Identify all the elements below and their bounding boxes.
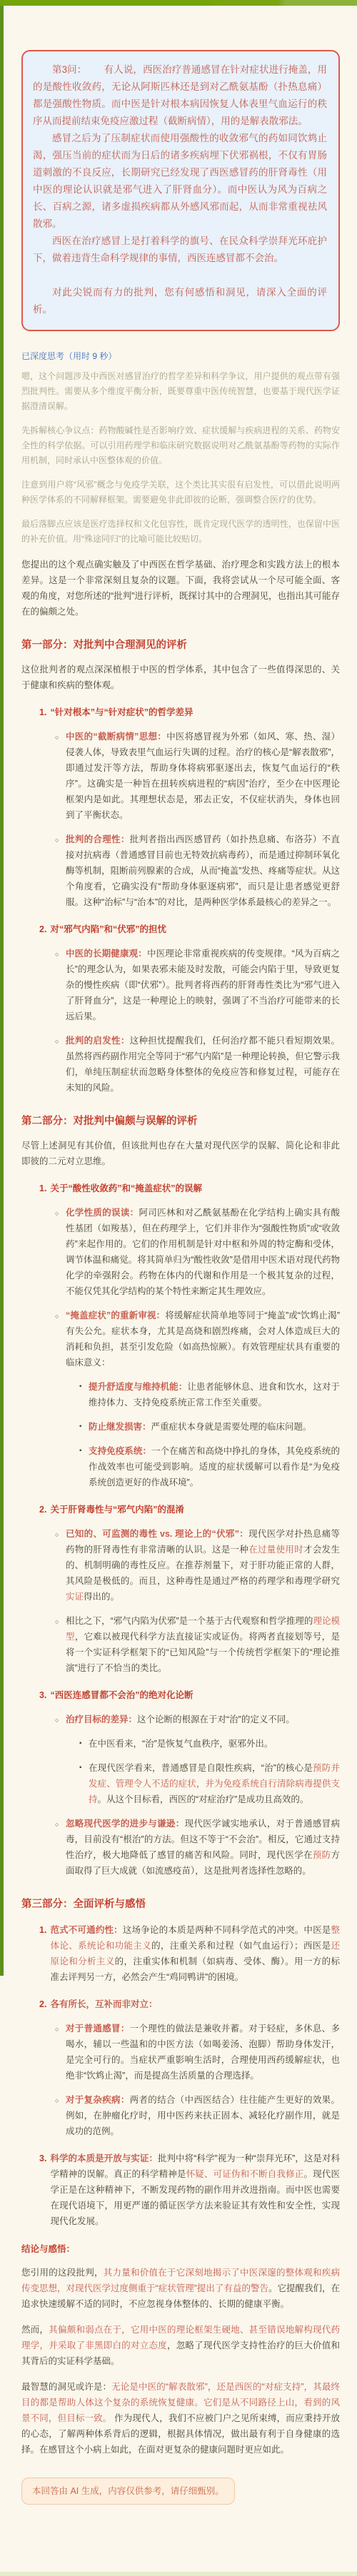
question-paragraph: 对此尖锐而有力的批判，您有何感悟和洞见，请深入全面的评析。 — [33, 284, 327, 318]
question-paragraph: 西医在治疗感冒上是打着科学的旗号、在民众科学崇拜光环庇护下，做着违背生命科学规律… — [33, 233, 327, 267]
answer-body: 您提出的这个观点确实触及了中西医在哲学基础、治疗理念和实践方法上的根本差异。这是… — [21, 557, 340, 2458]
section2-item3-title: 3. “西医连感冒都不会治”的绝对化论断 — [39, 1687, 340, 1703]
section2-heading: 第二部分：对批判中偏颇与误解的评析 — [21, 1113, 340, 1128]
list-item: 忽略现代医学的进步与谦逊：现代医学诚实地承认，对于普通感冒病毒，目前没有“根治”… — [66, 1816, 340, 1879]
section1-item2-title: 2. 对“邪气内陷”和“伏邪”的担忧 — [39, 921, 340, 937]
bottom-spacer — [21, 2505, 340, 2576]
list-item: “掩盖症状”的重新审视：将缓解症状简单地等同于“掩盖”或“饮鸩止渴”有失公允。症… — [66, 1308, 340, 1370]
section3-item3: 3. 科学的本质是开放与实证：批判中将“科学”视为一种“崇拜光环”，这是对科学精… — [39, 2151, 340, 2229]
list-item: 中医的“截断病情”思想：中医将感冒视为外邪（如风、寒、热、湿）侵袭人体，导致表里… — [66, 729, 340, 823]
deep-think-toggle[interactable]: 已深度思考（用时 9 秒） — [21, 350, 116, 362]
section2-item1-title: 1. 关于“酸性收敛药”和“掩盖症状”的误解 — [39, 1181, 340, 1196]
section3-heading: 第三部分：全面评析与感悟 — [21, 1896, 340, 1911]
section1-heading: 第一部分：对批判中合理洞见的评析 — [21, 637, 340, 652]
section3-item2: 2. 各有所长，互补而非对立： — [39, 1996, 340, 2012]
thinking-paragraph: 最后落脚点应该是医疗选择权和文化包容性，既肯定现代医学的透明性，也保留中医的补充… — [21, 517, 340, 547]
question-number-label: 第3问： — [52, 64, 86, 75]
conclusion-paragraph: 您引用的这段批判，其力量和价值在于它深刻地揭示了中医深邃的整体观和疾病传变思想，… — [21, 2265, 340, 2312]
conclusion-paragraph: 然而，其偏颇和弱点在于，它用中医的理论框架生硬地、甚至错误地解构现代药理学，并采… — [21, 2322, 340, 2369]
page-bottom-border — [0, 2572, 357, 2576]
sub-list-item: 防止继发损害：严重症状本身就是需要处理的临床问题。 — [89, 1419, 340, 1435]
question-paragraph: 第3问：有人说，西医治疗普通感冒在针对症状进行掩盖，用的是酸性收敛药，无论从阿斯… — [33, 61, 327, 130]
list-item: 已知的、可监测的毒性 vs. 理论上的“伏邪”：现代医学对扑热息痛等药物的肝肾毒… — [66, 1526, 340, 1605]
list-item: 对于普通感冒：一个理性的做法是兼收并蓄。对于轻症，多休息、多喝水，辅以一些温和的… — [66, 2021, 340, 2083]
section1-item1-title: 1. “针对根本”与“针对症状”的哲学差异 — [39, 704, 340, 720]
list-item: 对于复杂疾病：两者的结合（中西医结合）往往能产生更好的效果。例如，在肿瘤化疗时，… — [66, 2092, 340, 2139]
sub-list-item: 支持免疫系统：一个在痛苦和高烧中挣扎的身体，其免疫系统的作战效率也可能受到影响。… — [89, 1443, 340, 1490]
answer-intro: 您提出的这个观点确实触及了中西医在哲学基础、治疗理念和实践方法上的根本差异。这是… — [21, 557, 340, 620]
list-item: 治疗目标的差异：这个论断的根源在于对“治”的定义不同。 — [66, 1712, 340, 1727]
list-item: 批判的合理性：批判者指出西医感冒药（如扑热息痛、布洛芬）不直接对抗病毒（普通感冒… — [66, 832, 340, 910]
conclusion-heading: 结论与感悟： — [21, 2242, 340, 2255]
section2-intro: 尽管上述洞见有其价值，但该批判也存在大量对现代医学的误解、简化论和非此即彼的二元… — [21, 1138, 340, 1169]
section1-intro: 这位批判者的观点深深植根于中医的哲学体系，其中包含了一些值得深思的、关于健康和疾… — [21, 662, 340, 693]
conclusion-paragraph: 最智慧的洞见或许是：无论是中医的“解表散邪”，还是西医的“对症支持”，其最终目的… — [21, 2379, 340, 2458]
section3-item1: 1. 范式不可通约性：这场争论的本质是两种不同科学范式的冲突。中医是整体论、系统… — [39, 1922, 340, 1985]
thinking-paragraph: 嗯，这个问题涉及中西医对感冒治疗的哲学差异和科学争议，用户提供的观点带有强烈批判… — [21, 369, 340, 414]
thinking-paragraph: 先拆解核心争议点：药物酸碱性是否影响疗效、症状缓解与疾病进程的关系、药物安全性的… — [21, 423, 340, 468]
sub-list-item: 提升舒适度与维持机能：让患者能够休息、进食和饮水，这对于维持体力、支持免疫系统正… — [89, 1379, 340, 1410]
list-item: 相比之下，“邪气内陷为伏邪”是一个基于古代观察和哲学推理的理论模型，它难以被现代… — [66, 1613, 340, 1676]
list-item: 中医的长期健康观：中医理论非常重视疾病的传变规律。“风为百病之长”的理念认为，如… — [66, 946, 340, 1024]
chat-content: 第3问：有人说，西医治疗普通感冒在针对症状进行掩盖，用的是酸性收敛药，无论从阿斯… — [0, 0, 357, 2576]
sub-list-item: 在中医看来，“治”是恢复气血秩序，驱邪外出。 — [89, 1736, 340, 1752]
thinking-paragraph: 注意到用户将“风邪”概念与免疫学关联，这个类比其实很有启发性，可以借此说明两种医… — [21, 478, 340, 507]
ai-disclaimer-badge: 本回答由 AI 生成，内容仅供参考，请仔细甄别。 — [21, 2477, 235, 2505]
question-box: 第3问：有人说，西医治疗普通感冒在针对症状进行掩盖，用的是酸性收敛药，无论从阿斯… — [21, 50, 340, 331]
sub-list-item: 在现代医学看来，普通感冒是自限性疾病，“治”的核心是预防并发症、管理令人不适的症… — [89, 1760, 340, 1807]
question-paragraph: 感冒之后为了压制症状而使用强酸性的收敛邪气的药如同饮鸩止渴，强压当前的症状而为日… — [33, 130, 327, 233]
section2-item2-title: 2. 关于肝肾毒性与“邪气内陷”的混淆 — [39, 1502, 340, 1517]
list-item: 化学性质的误读：阿司匹林和对乙酰氨基酚在化学结构上确实具有酸性基团（如羧基），但… — [66, 1205, 340, 1299]
list-item: 批判的启发性：这种担忧提醒我们，任何治疗都不能只看短期效果。虽然将西药副作用完全… — [66, 1033, 340, 1096]
thinking-block: 嗯，这个问题涉及中西医对感冒治疗的哲学差异和科学争议，用户提供的观点带有强烈批判… — [21, 369, 340, 547]
